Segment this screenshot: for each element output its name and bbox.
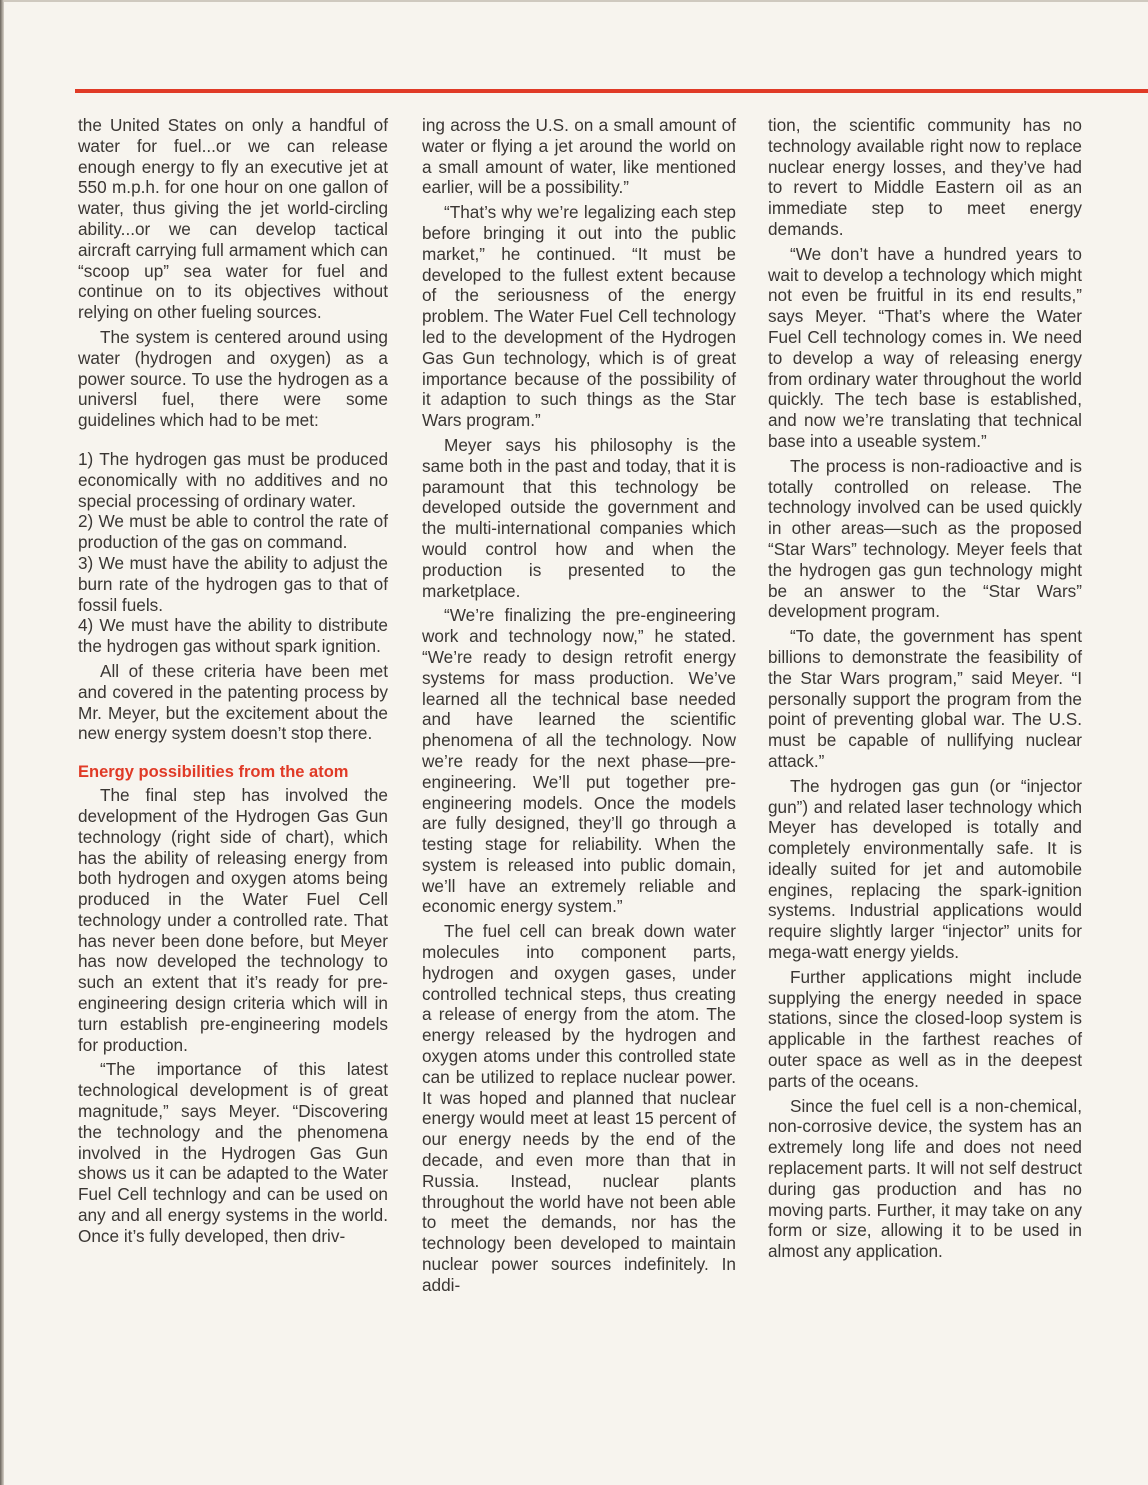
criteria-item-2: 2) We must be able to control the rate o… xyxy=(78,511,388,553)
paragraph: the United States on only a handful of w… xyxy=(78,115,388,323)
paragraph: The final step has involved the developm… xyxy=(78,785,388,1055)
paragraph: “We’re finalizing the pre-engineering wo… xyxy=(422,605,736,917)
paragraph: Meyer says his philosophy is the same bo… xyxy=(422,435,736,601)
paragraph: The hydrogen gas gun (or “injector gun”)… xyxy=(768,776,1082,963)
paragraph: Since the fuel cell is a non-chemical, n… xyxy=(768,1096,1082,1262)
section-heading: Energy possibilities from the atom xyxy=(78,762,388,783)
criteria-item-1: 1) The hydrogen gas must be produced eco… xyxy=(78,449,388,511)
paragraph: “We don’t have a hundred years to wait t… xyxy=(768,244,1082,452)
page-binding-edge xyxy=(0,0,4,1485)
column-1: the United States on only a handful of w… xyxy=(78,115,388,1251)
paragraph: The fuel cell can break down water molec… xyxy=(422,921,736,1295)
column-2: ing across the U.S. on a small amount of… xyxy=(422,115,736,1300)
paragraph: tion, the scientific community has no te… xyxy=(768,115,1082,240)
paragraph: Further applications might include suppl… xyxy=(768,967,1082,1092)
criteria-item-3: 3) We must have the ability to adjust th… xyxy=(78,553,388,615)
paragraph: “That’s why we’re legalizing each step b… xyxy=(422,202,736,431)
header-red-rule xyxy=(75,89,1148,93)
page-top-edge xyxy=(0,0,1148,2)
paragraph: The system is centered around using wate… xyxy=(78,327,388,431)
paragraph: ing across the U.S. on a small amount of… xyxy=(422,115,736,198)
column-3: tion, the scientific community has no te… xyxy=(768,115,1082,1266)
paragraph: All of these criteria have been met and … xyxy=(78,661,388,744)
paragraph: “To date, the government has spent billi… xyxy=(768,626,1082,772)
criteria-item-4: 4) We must have the ability to distribut… xyxy=(78,615,388,657)
paragraph: “The importance of this latest technolog… xyxy=(78,1059,388,1246)
paragraph: The process is non-radioactive and is to… xyxy=(768,456,1082,622)
